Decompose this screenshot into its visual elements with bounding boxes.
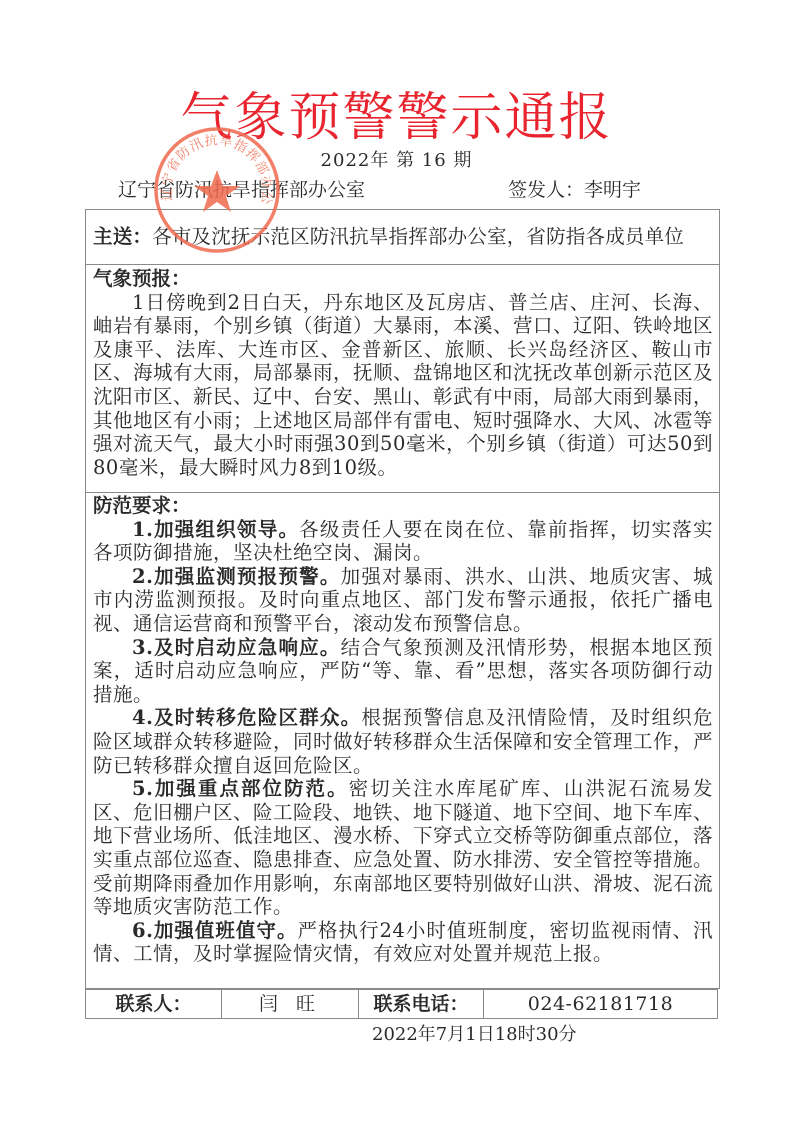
requirements-section: 防范要求： 1.加强组织领导。各级责任人要在岗在位、靠前指挥，切实落实各项防御措… (86, 493, 719, 989)
requirement-item-2: 2.加强监测预报预警。加强对暴雨、洪水、山洪、地质灾害、城市内涝监测预报。及时向… (93, 565, 713, 636)
contact-phone-label: 联系电话： (359, 990, 484, 1018)
forecast-text: 1日傍晚到2日白天，丹东地区及瓦房店、普兰店、庄河、长海、岫岩有暴雨，个别乡镇（… (93, 291, 713, 480)
requirement-title: 5.加强重点部位防范。 (132, 777, 349, 800)
issue-number: 2022年 第 16 期 (0, 146, 793, 172)
contact-person-label: 联系人： (86, 990, 222, 1018)
recipients-section: 主送：各市及沈抚示范区防汛抗旱指挥部办公室，省防指各成员单位 (86, 210, 719, 265)
contact-phone: 024-62181718 (484, 990, 717, 1018)
notice-body: 主送：各市及沈抚示范区防汛抗旱指挥部办公室，省防指各成员单位 气象预报： 1日傍… (85, 209, 720, 989)
signer: 签发人：李明宇 (508, 175, 641, 202)
requirements-heading: 防范要求： (93, 494, 713, 518)
requirement-item-1: 1.加强组织领导。各级责任人要在岗在位、靠前指挥，切实落实各项防御措施，坚决杜绝… (93, 518, 713, 565)
recipients-label: 主送： (93, 225, 152, 248)
document-title: 气象预警警示通报 (0, 88, 793, 148)
issuing-office: 辽宁省防汛抗旱指挥部办公室 (118, 175, 365, 202)
requirement-item-6: 6.加强值班值守。严格执行24小时值班制度，密切监视雨情、汛情、工情，及时掌握险… (93, 919, 713, 966)
issue-date: 2022年7月1日18时30分 (372, 1020, 577, 1046)
requirement-title: 2.加强监测预报预警。 (132, 565, 341, 588)
signer-name: 李明宇 (584, 179, 641, 201)
requirement-item-5: 5.加强重点部位防范。密切关注水库尾矿库、山洪泥石流易发区、危旧棚户区、险工险段… (93, 777, 713, 919)
forecast-heading: 气象预报： (93, 267, 713, 291)
requirement-item-4: 4.及时转移危险区群众。根据预警信息及汛情险情，及时组织危险区域群众转移避险，同… (93, 706, 713, 777)
contact-table: 联系人： 闫 旺 联系电话： 024-62181718 (85, 989, 718, 1019)
requirement-title: 1.加强组织领导。 (132, 518, 299, 541)
requirement-title: 3.及时启动应急响应。 (132, 636, 341, 659)
signer-label: 签发人： (508, 179, 584, 201)
requirement-title: 4.及时转移危险区群众。 (132, 706, 361, 729)
requirement-item-3: 3.及时启动应急响应。结合气象预测及汛情形势，根据本地区预案，适时启动应急响应，… (93, 636, 713, 707)
forecast-section: 气象预报： 1日傍晚到2日白天，丹东地区及瓦房店、普兰店、庄河、长海、岫岩有暴雨… (86, 265, 719, 493)
contact-person: 闫 旺 (222, 990, 359, 1018)
requirement-title: 6.加强值班值守。 (132, 919, 297, 942)
recipients-value: 各市及沈抚示范区防汛抗旱指挥部办公室，省防指各成员单位 (152, 225, 684, 248)
